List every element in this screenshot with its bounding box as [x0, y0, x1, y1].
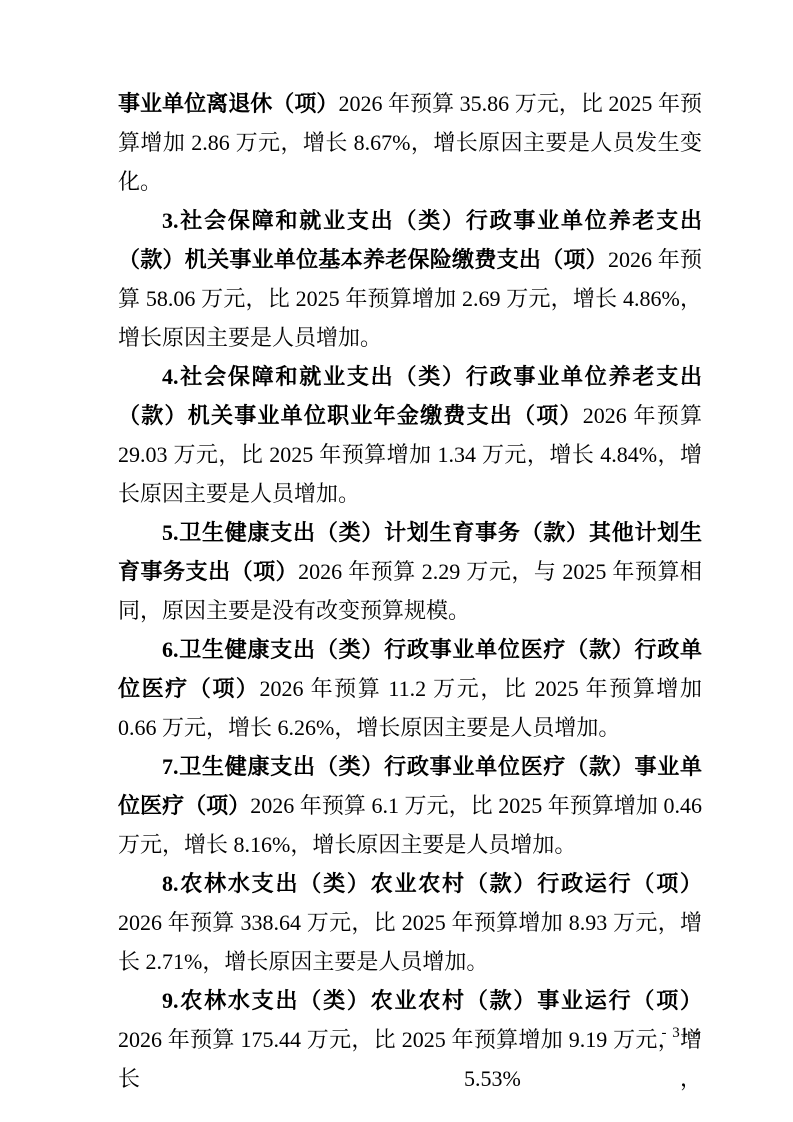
document-page: 事业单位离退休（项）2026 年预算 35.86 万元，比 2025 年预算增加… — [0, 0, 793, 1122]
para-item5: 5.卫生健康支出（类）计划生育事务（款）其他计划生育事务支出（项）2026 年预… — [118, 513, 702, 630]
item-heading: 8.农林水支出（类）农业农村（款）行政运行（项） — [162, 871, 702, 896]
item-text: 2026 年预算 338.64 万元，比 2025 年预算增加 8.93 万元，… — [118, 910, 702, 974]
para-item9: 9.农林水支出（类）农业农村（款）事业运行（项）2026 年预算 175.44 … — [118, 981, 702, 1098]
para-item8: 8.农林水支出（类）农业农村（款）行政运行（项）2026 年预算 338.64 … — [118, 864, 702, 981]
para-item2-continuation: 事业单位离退休（项）2026 年预算 35.86 万元，比 2025 年预算增加… — [118, 84, 702, 201]
item-text: 2026 年预算 175.44 万元，比 2025 年预算增加 9.19 万元，… — [118, 1027, 702, 1091]
para-item7: 7.卫生健康支出（类）行政事业单位医疗（款）事业单位医疗（项）2026 年预算 … — [118, 747, 702, 864]
item-heading: 事业单位离退休（项） — [118, 91, 338, 116]
para-item4: 4.社会保障和就业支出（类）行政事业单位养老支出（款）机关事业单位职业年金缴费支… — [118, 357, 702, 513]
para-item6: 6.卫生健康支出（类）行政事业单位医疗（款）行政单位医疗（项）2026 年预算 … — [118, 630, 702, 747]
para-item3: 3.社会保障和就业支出（类）行政事业单位养老支出（款）机关事业单位基本养老保险缴… — [118, 201, 702, 357]
document-body: 事业单位离退休（项）2026 年预算 35.86 万元，比 2025 年预算增加… — [118, 84, 702, 1098]
page-number: - 31 - — [662, 1024, 701, 1042]
item-heading: 9.农林水支出（类）农业农村（款）事业运行（项） — [162, 988, 702, 1013]
